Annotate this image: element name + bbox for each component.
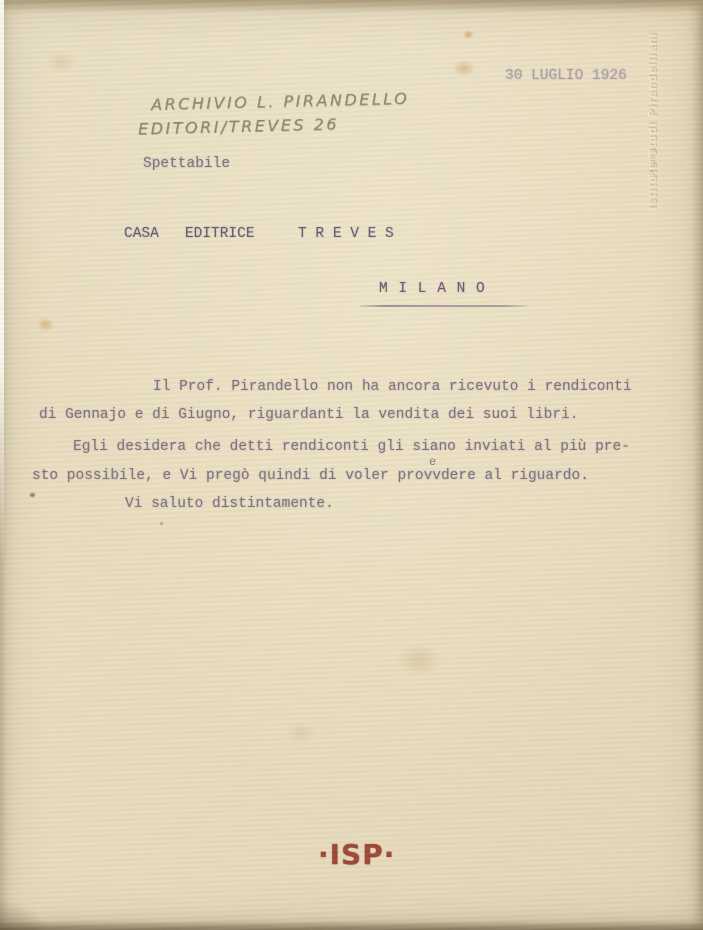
archive-note-line-2: EDITORI/TREVES 26 [138,115,339,139]
city-line: M I L A N O [379,281,486,298]
foxing-stain [37,317,54,332]
isp-archive-stamp: ·ISP· [318,838,395,871]
recipient-line: CASA EDITRICE T R E V E S [124,226,394,243]
letter-page: Istituto Studi Pirandelliani Roma 30 LUG… [0,0,703,930]
body-line-4: sto possibile, e Vi pregò quindi di vole… [32,468,589,485]
archive-note-line-1: ARCHIVIO L. PIRANDELLO [151,89,410,114]
body-line-1: Il Prof. Pirandello non ha ancora ricevu… [153,379,632,396]
typed-correction-letter: e [429,455,436,469]
foxing-stain [396,643,442,677]
embossed-watermark-institute: Istituto Studi Pirandelliani [647,32,659,210]
body-line-5: Vi saluto distintamente. [125,496,334,513]
scan-left-sliver [0,0,4,560]
paper-corner-shadow [0,898,52,930]
foxing-stain [452,60,476,77]
paper-bottom-edge [0,921,703,930]
paper-top-edge [0,0,703,13]
foxing-stain [463,30,474,39]
foxing-stain [286,722,316,744]
ink-speck [30,493,35,497]
body-line-2: di Gennajo e di Giugno, riguardanti la v… [39,407,579,424]
embossed-watermark-city: Roma [647,148,656,176]
city-underline [360,305,527,307]
foxing-stain [44,50,78,74]
ink-speck [160,522,163,525]
body-line-3: Egli desidera che detti rendiconti gli s… [73,439,630,456]
letter-date: 30 LUGLIO 1926 [505,68,627,85]
salutation: Spettabile [143,156,230,173]
